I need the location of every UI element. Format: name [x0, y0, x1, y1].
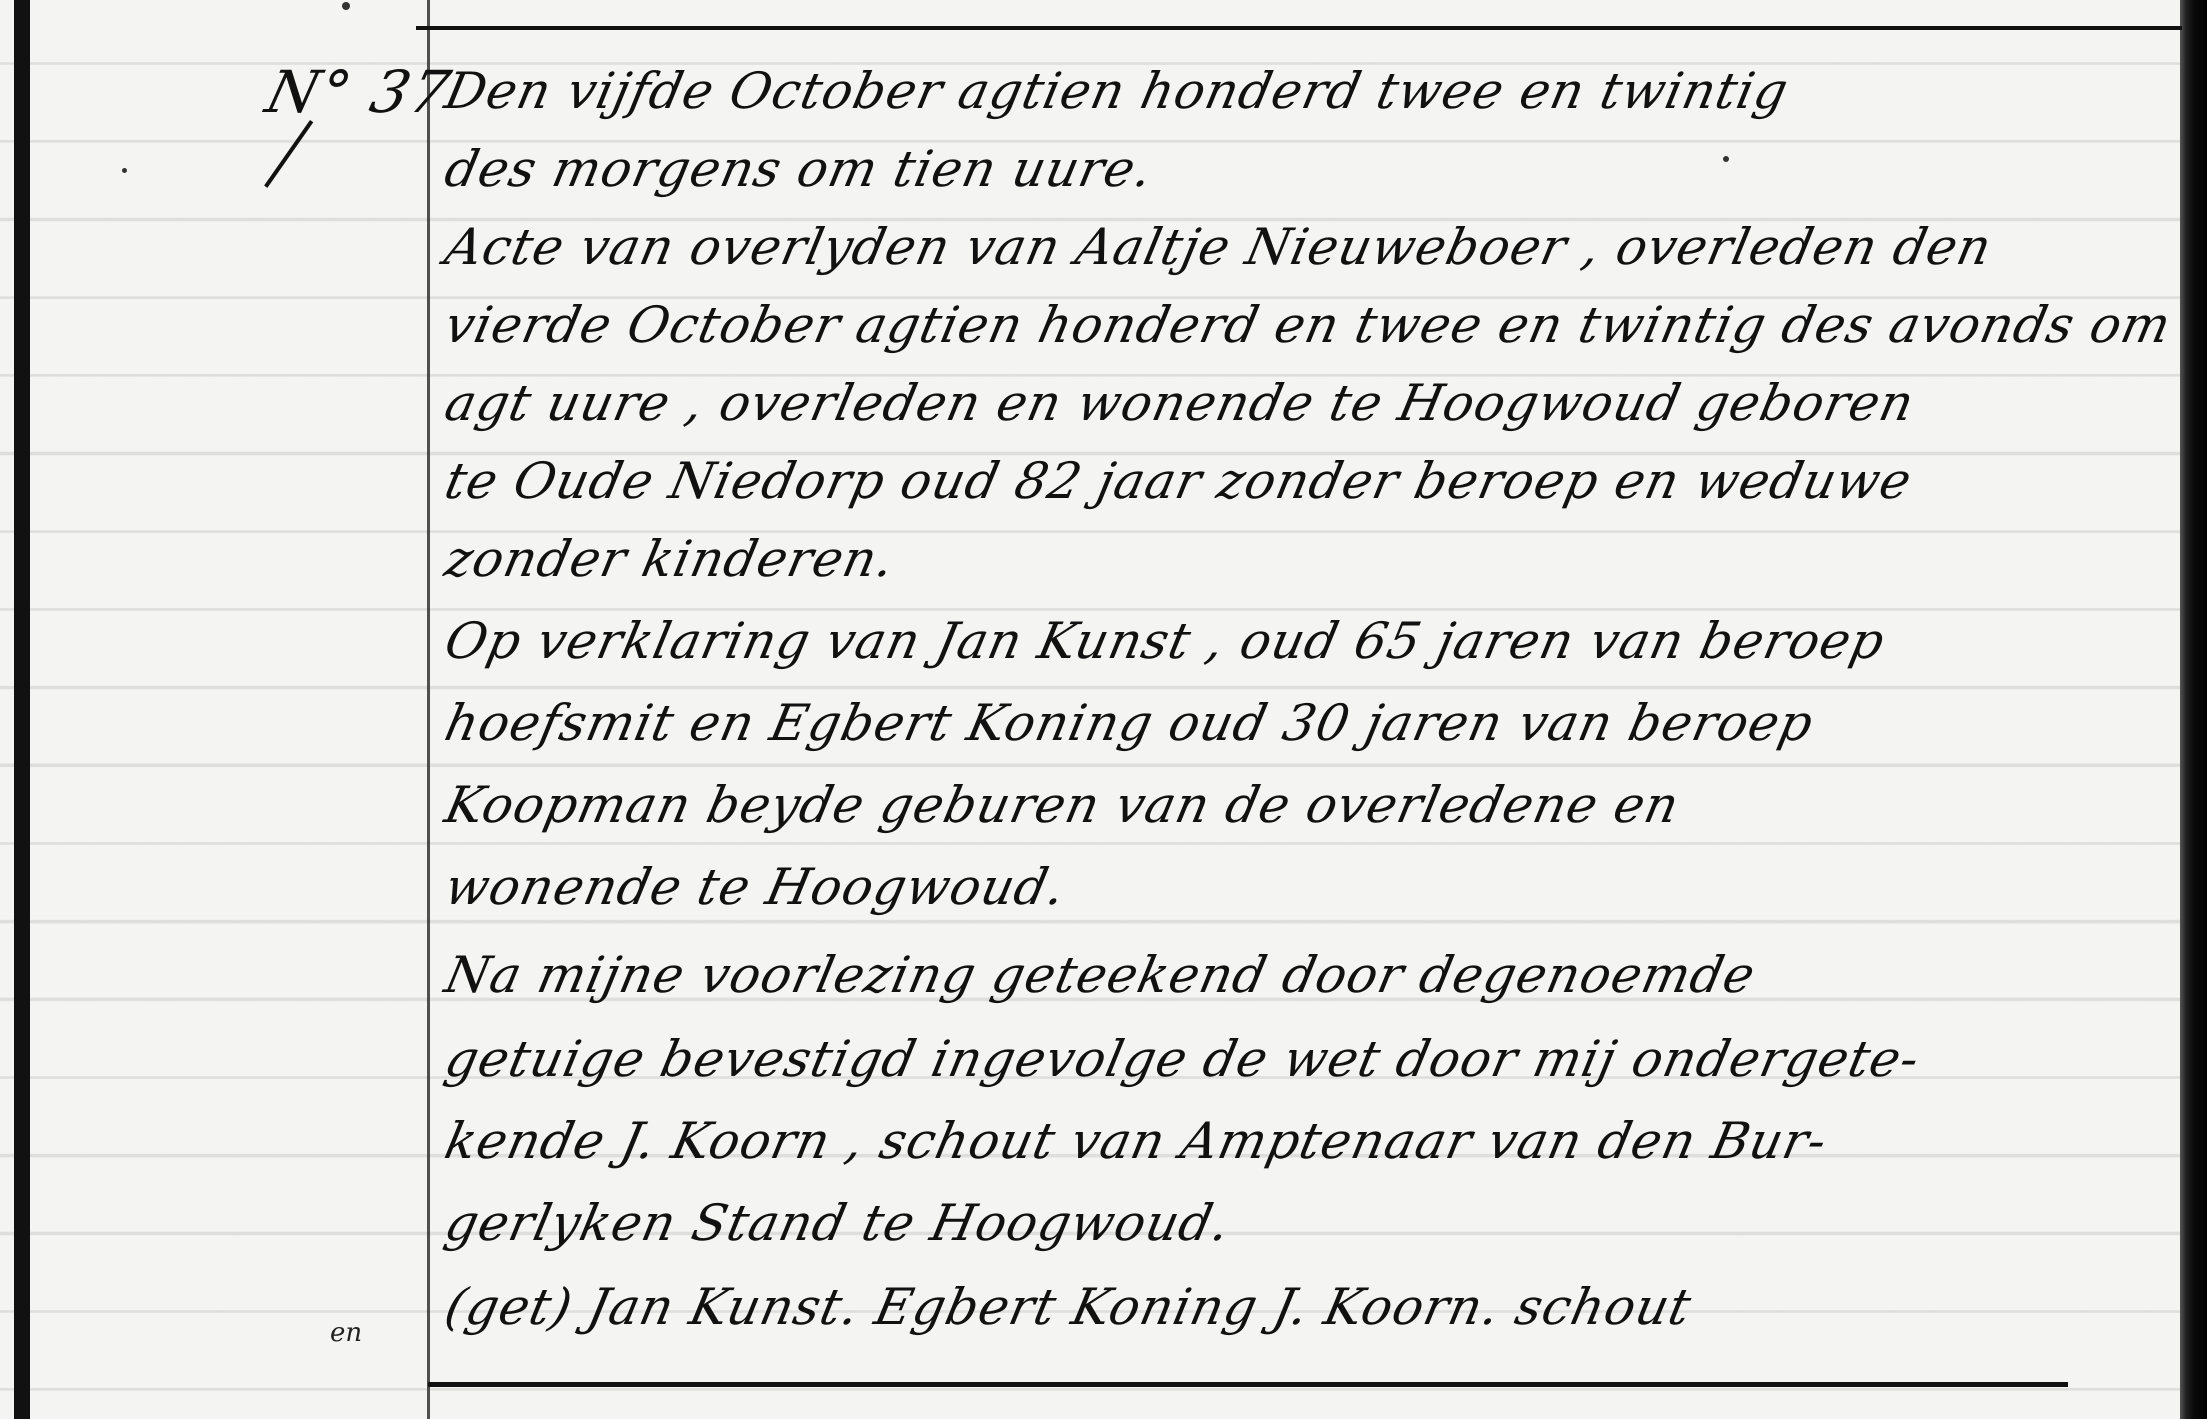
text-line-8: Op verklaring van Jan Kunst , oud 65 jar…: [440, 612, 1890, 670]
text-line-7: zonder kinderen.: [440, 530, 900, 588]
text-line-11: wonende te Hoogwoud.: [440, 858, 1071, 916]
text-line-6: te Oude Niedorp oud 82 jaar zonder beroe…: [440, 452, 1917, 510]
page-right-border: [2180, 0, 2207, 1419]
entry-bottom-rule: [428, 1382, 2068, 1387]
text-line-5: agt uure , overleden en wonende te Hoogw…: [440, 374, 1920, 432]
text-line-2: des morgens om tien uure.: [440, 140, 1158, 198]
text-line-3: Acte van overlyden van Aaltje Nieuweboer…: [440, 218, 1997, 276]
text-line-1: Den vijfde October agtien honderd twee e…: [440, 62, 1794, 120]
text-line-16-signatures: (get) Jan Kunst. Egbert Koning J. Koorn.…: [440, 1278, 1697, 1336]
entry-top-rule: [416, 26, 2182, 30]
entry-number-underline: [264, 120, 313, 188]
text-line-12: Na mijne voorlezing geteekend door degen…: [440, 946, 1761, 1004]
ink-speck: [342, 2, 350, 10]
margin-vertical-rule: [427, 0, 430, 1419]
text-line-14: kende J. Koorn , schout van Amptenaar va…: [440, 1112, 1833, 1170]
text-line-9: hoefsmit en Egbert Koning oud 30 jaren v…: [440, 694, 1819, 752]
ink-speck: [1723, 156, 1729, 162]
text-line-4: vierde October agtien honderd en twee en…: [440, 296, 2177, 354]
ink-speck: [122, 168, 127, 173]
text-line-13: getuige bevestigd ingevolge de wet door …: [440, 1030, 1925, 1088]
margin-note: en: [330, 1318, 362, 1348]
register-page: N° 37 Den vijfde October agtien honderd …: [0, 0, 2207, 1419]
entry-number: N° 37: [260, 58, 459, 126]
text-line-10: Koopman beyde geburen van de overledene …: [440, 776, 1685, 834]
text-line-15: gerlyken Stand te Hoogwoud.: [440, 1194, 1236, 1252]
page-left-border: [14, 0, 30, 1419]
